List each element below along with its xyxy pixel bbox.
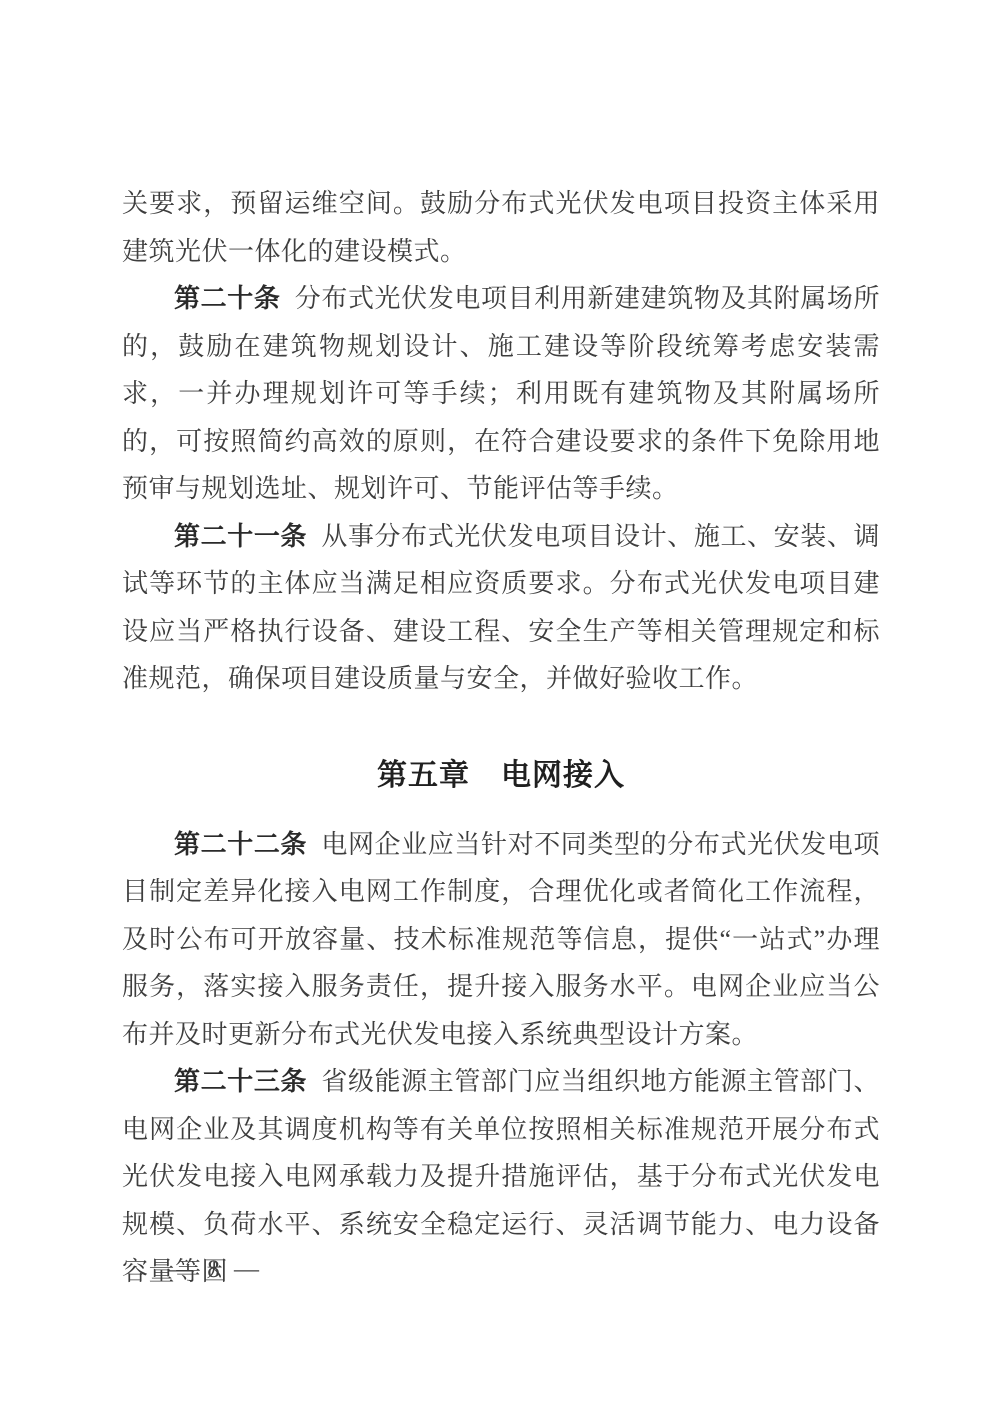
page-footer: — 8 — bbox=[0, 1256, 1000, 1296]
page-number: — 8 — bbox=[168, 1256, 263, 1284]
paragraph-text: 电网企业应当针对不同类型的分布式光伏发电项目制定差异化接入电网工作制度，合理优化… bbox=[122, 830, 880, 1049]
article-number: 第二十三条 bbox=[174, 1066, 307, 1096]
paragraph: 第二十二条电网企业应当针对不同类型的分布式光伏发电项目制定差异化接入电网工作制度… bbox=[122, 821, 880, 1059]
article-number: 第二十二条 bbox=[174, 829, 307, 859]
paragraph-text: 省级能源主管部门应当组织地方能源主管部门、电网企业及其调度机构等有关单位按照相关… bbox=[122, 1067, 880, 1286]
article-number: 第二十条 bbox=[174, 283, 280, 313]
article-number: 第二十一条 bbox=[174, 521, 307, 551]
paragraph: 关要求，预留运维空间。鼓励分布式光伏发电项目投资主体采用建筑光伏一体化的建设模式… bbox=[122, 180, 880, 275]
document-page: 关要求，预留运维空间。鼓励分布式光伏发电项目投资主体采用建筑光伏一体化的建设模式… bbox=[0, 0, 1000, 1414]
paragraph: 第二十条分布式光伏发电项目利用新建建筑物及其附属场所的，鼓励在建筑物规划设计、施… bbox=[122, 275, 880, 513]
chapter-heading: 第五章 电网接入 bbox=[122, 753, 880, 799]
paragraph: 第二十一条从事分布式光伏发电项目设计、施工、安装、调试等环节的主体应当满足相应资… bbox=[122, 513, 880, 703]
paragraph-text: 分布式光伏发电项目利用新建建筑物及其附属场所的，鼓励在建筑物规划设计、施工建设等… bbox=[122, 284, 880, 503]
document-body: 关要求，预留运维空间。鼓励分布式光伏发电项目投资主体采用建筑光伏一体化的建设模式… bbox=[122, 180, 880, 1296]
